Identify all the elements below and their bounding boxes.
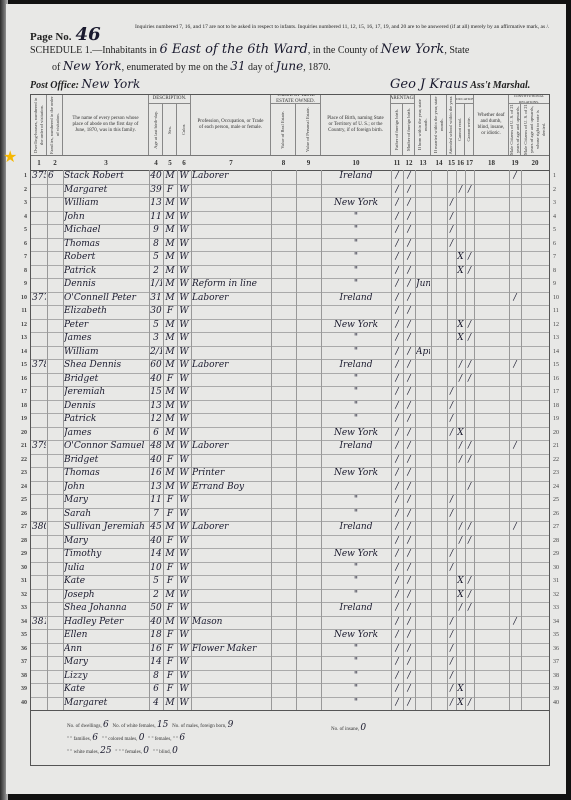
row-number: 15: [7, 362, 27, 368]
table-row: 3030Julia10FW"///: [31, 562, 549, 577]
cell-color: W: [178, 238, 190, 252]
cell-sex: M: [164, 386, 176, 400]
cell-occ: Laborer: [192, 521, 270, 535]
cell-f: /: [392, 643, 402, 657]
cell-name: Ann: [64, 643, 148, 657]
cell-m: /: [404, 575, 414, 589]
cell-cit: [510, 427, 520, 441]
cell-pers: [297, 629, 320, 643]
cell-name: Thomas: [64, 238, 148, 252]
cell-read: [457, 170, 464, 184]
cell-bornmonth: [416, 643, 430, 657]
cell-birth: [322, 535, 390, 549]
cell-school: [448, 265, 455, 279]
cell-fam: [48, 197, 62, 211]
cell-occ: [192, 238, 270, 252]
cell-dw: [32, 427, 46, 441]
cell-f: /: [392, 467, 402, 481]
col-header-family: Families, numbered in the order of visit…: [47, 95, 63, 155]
cell-school: [448, 305, 455, 319]
cell-school: /: [448, 224, 455, 238]
col-num: 6: [177, 156, 191, 170]
cell-sex: F: [164, 562, 176, 576]
cell-read: [457, 548, 464, 562]
cell-marmonth: [432, 548, 446, 562]
cell-fam: [48, 251, 62, 265]
cell-name: Jeremiah: [64, 386, 148, 400]
row-number-right: 14: [553, 349, 567, 355]
cell-name: John: [64, 211, 148, 225]
cell-age: 5: [150, 319, 162, 333]
cell-marmonth: [432, 265, 446, 279]
cell-write: [466, 211, 473, 225]
cell-age: 40: [150, 454, 162, 468]
cell-marmonth: [432, 373, 446, 387]
cell-f: /: [392, 629, 402, 643]
cell-dis: [475, 386, 508, 400]
cell-real: [272, 184, 295, 198]
cell-fam: [48, 238, 62, 252]
cell-deny: [522, 602, 548, 616]
cell-read: [457, 616, 464, 630]
col-num: 4: [149, 156, 163, 170]
cell-pers: [297, 508, 320, 522]
cell-m: /: [404, 305, 414, 319]
cell-write: [466, 224, 473, 238]
row-number-right: 12: [553, 322, 567, 328]
cell-birth: ": [322, 265, 390, 279]
cell-marmonth: [432, 521, 446, 535]
cell-birth: ": [322, 575, 390, 589]
table-row: 2121379O'Connor Samuel48MWLaborerIreland…: [31, 440, 549, 455]
cell-pers: [297, 386, 320, 400]
cell-sex: M: [164, 481, 176, 495]
cell-pers: [297, 521, 320, 535]
cell-m: /: [404, 589, 414, 603]
cell-dw: [32, 589, 46, 603]
cell-color: W: [178, 413, 190, 427]
table-row: 2020James6MWNew York///X: [31, 427, 549, 442]
cell-cit: [510, 386, 520, 400]
row-number: 35: [7, 632, 27, 638]
cell-fam: [48, 224, 62, 238]
cell-dis: [475, 197, 508, 211]
cell-real: [272, 251, 295, 265]
cell-color: W: [178, 211, 190, 225]
col-header-sex: Sex.: [163, 104, 177, 155]
cell-deny: [522, 494, 548, 508]
cell-color: W: [178, 197, 190, 211]
row-number-right: 16: [553, 376, 567, 382]
col-header-age: Age at last birth-day.: [149, 104, 163, 155]
cell-pers: [297, 278, 320, 292]
cell-fam: [48, 359, 62, 373]
cell-marmonth: [432, 292, 446, 306]
cell-deny: [522, 670, 548, 684]
cell-f: /: [392, 359, 402, 373]
cell-color: W: [178, 440, 190, 454]
cell-real: [272, 562, 295, 576]
cell-cit: [510, 413, 520, 427]
cell-write: /: [466, 697, 473, 711]
cell-sex: M: [164, 359, 176, 373]
cell-pers: [297, 359, 320, 373]
cell-dw: [32, 346, 46, 360]
cell-f: /: [392, 548, 402, 562]
row-number: 18: [7, 403, 27, 409]
cell-deny: [522, 656, 548, 670]
cell-school: [448, 481, 455, 495]
cell-read: X: [457, 251, 464, 265]
row-number: 34: [7, 619, 27, 625]
cell-read: [457, 494, 464, 508]
cell-fam: [48, 440, 62, 454]
cell-marmonth: [432, 346, 446, 360]
cell-dw: [32, 211, 46, 225]
cell-f: /: [392, 427, 402, 441]
cell-cit: /: [510, 616, 520, 630]
row-number-right: 27: [553, 524, 567, 530]
cell-read: [457, 346, 464, 360]
cell-dis: [475, 346, 508, 360]
cell-sex: F: [164, 305, 176, 319]
cell-school: [448, 589, 455, 603]
cell-pers: [297, 454, 320, 468]
cell-school: [448, 521, 455, 535]
cell-birth: New York: [322, 467, 390, 481]
cell-birth: ": [322, 251, 390, 265]
cell-marmonth: [432, 170, 446, 184]
cell-age: 6: [150, 683, 162, 697]
cell-f: /: [392, 413, 402, 427]
cell-occ: Laborer: [192, 292, 270, 306]
cell-age: 10: [150, 562, 162, 576]
cell-m: /: [404, 211, 414, 225]
cell-bornmonth: [416, 319, 430, 333]
cell-pers: [297, 575, 320, 589]
cell-sex: M: [164, 319, 176, 333]
cell-read: [457, 224, 464, 238]
cell-dis: [475, 467, 508, 481]
cell-real: [272, 454, 295, 468]
cell-school: /: [448, 616, 455, 630]
state: New York: [63, 59, 122, 73]
table-row: 4040Margaret4MW"///X/: [31, 697, 549, 712]
cell-bornmonth: [416, 467, 430, 481]
cell-read: /: [457, 373, 464, 387]
cell-m: /: [404, 670, 414, 684]
row-number-right: 23: [553, 470, 567, 476]
cell-bornmonth: [416, 386, 430, 400]
cell-pers: [297, 292, 320, 306]
cell-birth: ": [322, 211, 390, 225]
cell-m: /: [404, 656, 414, 670]
cell-sex: M: [164, 521, 176, 535]
cell-real: [272, 359, 295, 373]
cell-deny: [522, 535, 548, 549]
table-row: 3333Shea Johanna50FWIreland////: [31, 602, 549, 617]
cell-age: 13: [150, 197, 162, 211]
cell-read: /: [457, 454, 464, 468]
cell-real: [272, 643, 295, 657]
cell-write: [466, 197, 473, 211]
cell-m: /: [404, 170, 414, 184]
cell-write: [466, 548, 473, 562]
cell-write: [466, 683, 473, 697]
cell-fam: [48, 467, 62, 481]
cell-dis: [475, 440, 508, 454]
cell-occ: [192, 251, 270, 265]
cell-school: /: [448, 683, 455, 697]
cell-bornmonth: [416, 454, 430, 468]
cell-occ: [192, 265, 270, 279]
row-number-right: 7: [553, 254, 567, 260]
cell-school: /: [448, 629, 455, 643]
row-number: 31: [7, 578, 27, 584]
cell-occ: [192, 697, 270, 711]
cell-name: Elizabeth: [64, 305, 148, 319]
star-bookmark-icon[interactable]: ★: [3, 147, 17, 167]
cell-write: /: [466, 373, 473, 387]
row-number-right: 11: [553, 308, 567, 314]
cell-name: Dennis: [64, 278, 148, 292]
cell-occ: [192, 548, 270, 562]
cell-sex: M: [164, 616, 176, 630]
cell-birth: [322, 481, 390, 495]
cell-write: /: [466, 251, 473, 265]
cell-deny: [522, 616, 548, 630]
cell-sex: M: [164, 292, 176, 306]
cell-write: /: [466, 602, 473, 616]
cell-f: /: [392, 386, 402, 400]
col-header-vote-denied: Male Citizens of U. S. of 21 years of ag…: [521, 104, 549, 155]
cell-m: /: [404, 346, 414, 360]
cell-dis: [475, 589, 508, 603]
row-number-right: 32: [553, 592, 567, 598]
cell-sex: M: [164, 589, 176, 603]
cell-dis: [475, 481, 508, 495]
cell-real: [272, 305, 295, 319]
row-number: 30: [7, 565, 27, 571]
cell-real: [272, 521, 295, 535]
cell-dw: [32, 494, 46, 508]
table-row: 1313James3MW"//X/: [31, 332, 549, 347]
cell-read: X: [457, 427, 464, 441]
cell-cit: [510, 238, 520, 252]
cell-cit: [510, 643, 520, 657]
cell-pers: [297, 683, 320, 697]
cell-pers: [297, 535, 320, 549]
cell-pers: [297, 413, 320, 427]
table-row: 1111Elizabeth30FW//: [31, 305, 549, 320]
cell-school: [448, 319, 455, 333]
cell-age: 5: [150, 575, 162, 589]
cell-bornmonth: June: [416, 278, 430, 292]
cell-write: [466, 467, 473, 481]
cell-birth: ": [322, 400, 390, 414]
cell-occ: Laborer: [192, 170, 270, 184]
cell-read: [457, 238, 464, 252]
cell-name: Peter: [64, 319, 148, 333]
cell-dis: [475, 427, 508, 441]
cell-age: 40: [150, 616, 162, 630]
col-header-education: EDUCATION.: [456, 95, 474, 104]
cell-school: [448, 292, 455, 306]
cell-write: [466, 400, 473, 414]
cell-cit: [510, 211, 520, 225]
row-number: 13: [7, 335, 27, 341]
cell-pers: [297, 251, 320, 265]
cell-dw: [32, 562, 46, 576]
table-row: 77Robert5MW"//X/: [31, 251, 549, 266]
cell-deny: [522, 413, 548, 427]
cell-sex: M: [164, 224, 176, 238]
cell-occ: [192, 413, 270, 427]
cell-real: [272, 170, 295, 184]
cell-school: /: [448, 197, 455, 211]
cell-color: W: [178, 670, 190, 684]
cell-deny: [522, 305, 548, 319]
cell-bornmonth: [416, 305, 430, 319]
col-num: 2: [47, 156, 63, 170]
col-num: 1: [31, 156, 47, 170]
row-number-right: 15: [553, 362, 567, 368]
cell-age: 40: [150, 535, 162, 549]
cell-school: [448, 251, 455, 265]
cell-sex: F: [164, 508, 176, 522]
cell-read: [457, 278, 464, 292]
cell-fam: [48, 292, 62, 306]
cell-dis: [475, 535, 508, 549]
table-row: 3434381Hadley Peter40MWMason////: [31, 616, 549, 631]
cell-pers: [297, 670, 320, 684]
cell-name: Bridget: [64, 454, 148, 468]
cell-m: /: [404, 683, 414, 697]
cell-name: Mary: [64, 535, 148, 549]
cell-dw: [32, 278, 46, 292]
cell-school: /: [448, 400, 455, 414]
cell-name: Joseph: [64, 589, 148, 603]
cell-cit: [510, 251, 520, 265]
cell-occ: [192, 373, 270, 387]
cell-m: /: [404, 224, 414, 238]
cell-occ: Flower Maker: [192, 643, 270, 657]
cell-occ: [192, 494, 270, 508]
table-row: 2424John13MWErrand Boy///: [31, 481, 549, 496]
col-num: 12: [403, 156, 415, 170]
cell-pers: [297, 616, 320, 630]
cell-age: 16: [150, 643, 162, 657]
cell-name: Shea Johanna: [64, 602, 148, 616]
cell-bornmonth: [416, 697, 430, 711]
cell-cit: [510, 373, 520, 387]
cell-sex: M: [164, 467, 176, 481]
cell-name: Lizzy: [64, 670, 148, 684]
cell-cit: [510, 319, 520, 333]
cell-school: /: [448, 562, 455, 576]
cell-f: /: [392, 440, 402, 454]
row-number: 3: [7, 200, 27, 206]
cell-age: 15: [150, 386, 162, 400]
cell-school: [448, 575, 455, 589]
cell-color: W: [178, 575, 190, 589]
cell-pers: [297, 332, 320, 346]
cell-bornmonth: [416, 562, 430, 576]
cell-f: /: [392, 562, 402, 576]
cell-read: /: [457, 440, 464, 454]
cell-dis: [475, 373, 508, 387]
row-number: 19: [7, 416, 27, 422]
col-num: 8: [271, 156, 296, 170]
row-number: 17: [7, 389, 27, 395]
cell-dis: [475, 413, 508, 427]
cell-write: [466, 305, 473, 319]
cell-bornmonth: [416, 265, 430, 279]
cell-f: /: [392, 656, 402, 670]
cell-dw: [32, 319, 46, 333]
row-number: 26: [7, 511, 27, 517]
cell-name: Margaret: [64, 697, 148, 711]
cell-birth: [322, 616, 390, 630]
cell-birth: New York: [322, 197, 390, 211]
cell-deny: [522, 454, 548, 468]
col-header-disability: Whether deaf and dumb, blind, insane, or…: [474, 95, 509, 155]
cell-birth: Ireland: [322, 359, 390, 373]
cell-marmonth: [432, 386, 446, 400]
cell-m: /: [404, 292, 414, 306]
cell-bornmonth: [416, 656, 430, 670]
cell-deny: [522, 508, 548, 522]
cell-bornmonth: [416, 548, 430, 562]
cell-cit: [510, 548, 520, 562]
totals-row-1: No. of dwellings, 6 No. of white females…: [67, 720, 233, 730]
totals-insane: No. of insane, 0: [331, 723, 366, 733]
row-number: 16: [7, 376, 27, 382]
cell-color: W: [178, 332, 190, 346]
cell-sex: F: [164, 629, 176, 643]
cell-real: [272, 265, 295, 279]
cell-marmonth: [432, 332, 446, 346]
cell-occ: [192, 629, 270, 643]
cell-school: [448, 332, 455, 346]
col-header-real-value: Value of Real Estate.: [271, 104, 296, 155]
cell-color: W: [178, 278, 190, 292]
cell-real: [272, 224, 295, 238]
row-number: 11: [7, 308, 27, 314]
cell-m: /: [404, 602, 414, 616]
cell-pers: [297, 656, 320, 670]
cell-pers: [297, 467, 320, 481]
cell-dw: [32, 670, 46, 684]
cell-pers: [297, 481, 320, 495]
cell-dis: [475, 224, 508, 238]
cell-name: Stack Robert: [64, 170, 148, 184]
cell-cit: [510, 224, 520, 238]
table-row: 1717Jeremiah15MW"///: [31, 386, 549, 401]
cell-read: [457, 643, 464, 657]
cell-color: W: [178, 683, 190, 697]
cell-fam: [48, 305, 62, 319]
cell-m: /: [404, 413, 414, 427]
cell-cit: [510, 562, 520, 576]
cell-marmonth: [432, 278, 446, 292]
cell-bornmonth: [416, 494, 430, 508]
cell-color: W: [178, 292, 190, 306]
cell-age: 60: [150, 359, 162, 373]
cell-dis: [475, 494, 508, 508]
cell-dw: [32, 400, 46, 414]
cell-read: X: [457, 319, 464, 333]
